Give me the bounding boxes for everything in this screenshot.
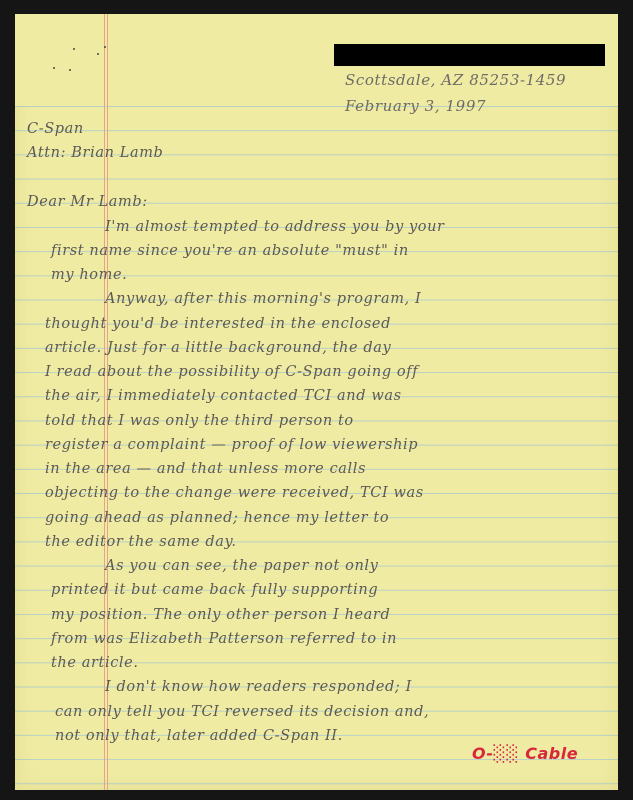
body-line: my home.: [51, 267, 127, 283]
body-line: not only that, later added C-Span II.: [55, 728, 343, 744]
body-line: printed it but came back fully supportin…: [51, 582, 378, 598]
body-line: register a complaint — proof of low view…: [45, 437, 418, 453]
recipient-attn: Attn: Brian Lamb: [27, 145, 163, 161]
red-ink-annotation: O-░░ Cable: [472, 744, 578, 763]
salutation: Dear Mr Lamb:: [27, 194, 148, 210]
body-line: the article.: [51, 655, 139, 671]
body-line: article. Just for a little background, t…: [45, 340, 391, 356]
body-line: my position. The only other person I hea…: [51, 607, 390, 623]
recipient-org: C-Span: [27, 121, 84, 137]
body-line: from was Elizabeth Patterson referred to…: [51, 631, 397, 647]
body-line: the air, I immediately contacted TCI and…: [45, 388, 402, 404]
paper-specks: [35, 34, 95, 74]
body-line: I'm almost tempted to address you by you…: [105, 219, 445, 235]
body-line: I read about the possibility of C-Span g…: [45, 364, 418, 380]
body-line: Anyway, after this morning's program, I: [105, 291, 421, 307]
legal-pad-page: Scottsdale, AZ 85253-1459 February 3, 19…: [15, 14, 618, 790]
body-line: going ahead as planned; hence my letter …: [45, 510, 389, 526]
body-line: the editor the same day.: [45, 534, 237, 550]
body-line: in the area — and that unless more calls: [45, 461, 366, 477]
body-line: thought you'd be interested in the enclo…: [45, 316, 391, 332]
body-line: objecting to the change were received, T…: [45, 485, 424, 501]
redaction-bar: [334, 44, 605, 66]
letter-date: February 3, 1997: [345, 97, 486, 115]
body-line: As you can see, the paper not only: [105, 558, 378, 574]
sender-location: Scottsdale, AZ 85253-1459: [345, 71, 566, 89]
body-line: I don't know how readers responded; I: [105, 679, 412, 695]
body-line: can only tell you TCI reversed its decis…: [55, 704, 429, 720]
body-line: first name since you're an absolute "mus…: [51, 243, 409, 259]
body-line: told that I was only the third person to: [45, 413, 354, 429]
